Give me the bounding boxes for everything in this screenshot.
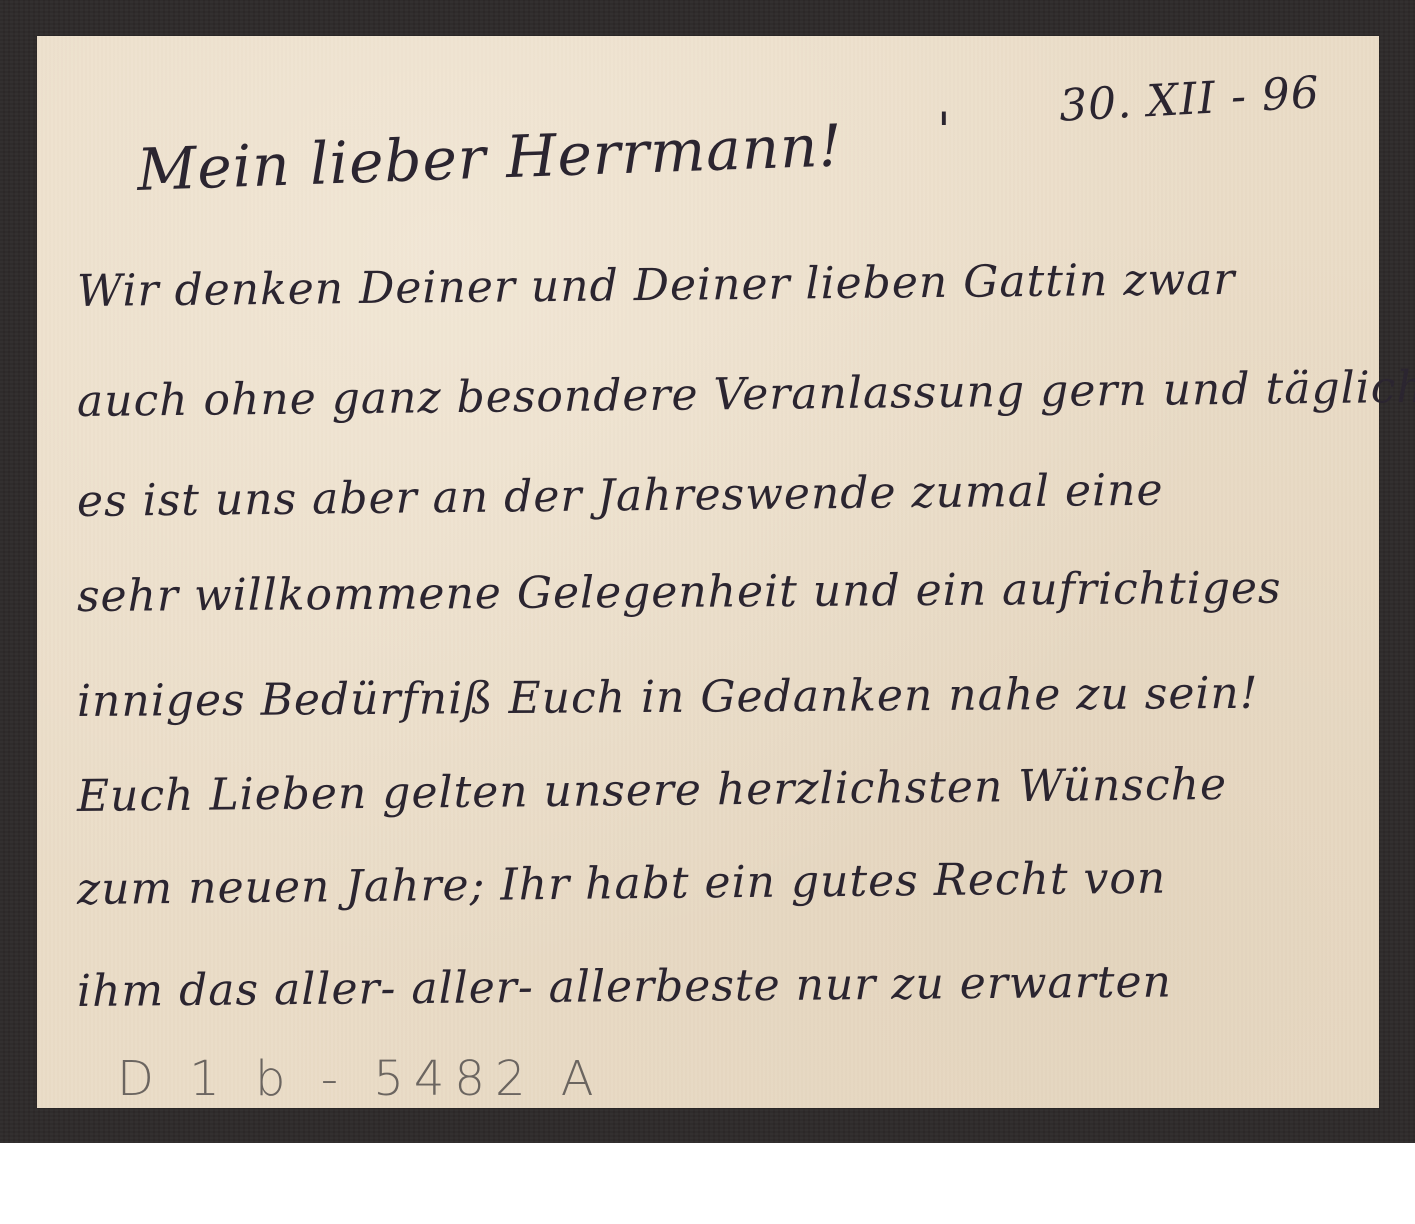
- letter-line: Euch Lieben gelten unsere herzlichsten W…: [77, 759, 1228, 822]
- letter-line: sehr willkommene Gelegenheit und ein auf…: [77, 563, 1282, 622]
- letter-line: es ist uns aber an der Jahreswende zumal…: [77, 465, 1164, 527]
- letter-line: auch ohne ganz besondere Veranlassung ge…: [77, 362, 1415, 427]
- salutation-mark: ': [937, 102, 952, 160]
- letter-salutation: Mein lieber Herrmann!: [136, 111, 844, 204]
- letter-line: inniges Bedürfniß Euch in Gedanken nahe …: [77, 668, 1259, 727]
- letter-card: 30. XII - 96 ' Mein lieber Herrmann! Wir…: [37, 36, 1379, 1108]
- letter-date: 30. XII - 96: [1058, 67, 1321, 132]
- letter-line: zum neuen Jahre; Ihr habt ein gutes Rech…: [77, 853, 1167, 915]
- letter-line: ihm das aller- aller- allerbeste nur zu …: [77, 956, 1172, 1017]
- archive-number: D 1 b - 5482 A: [117, 1051, 604, 1107]
- letter-line: Wir denken Deiner und Deiner lieben Gatt…: [77, 254, 1236, 317]
